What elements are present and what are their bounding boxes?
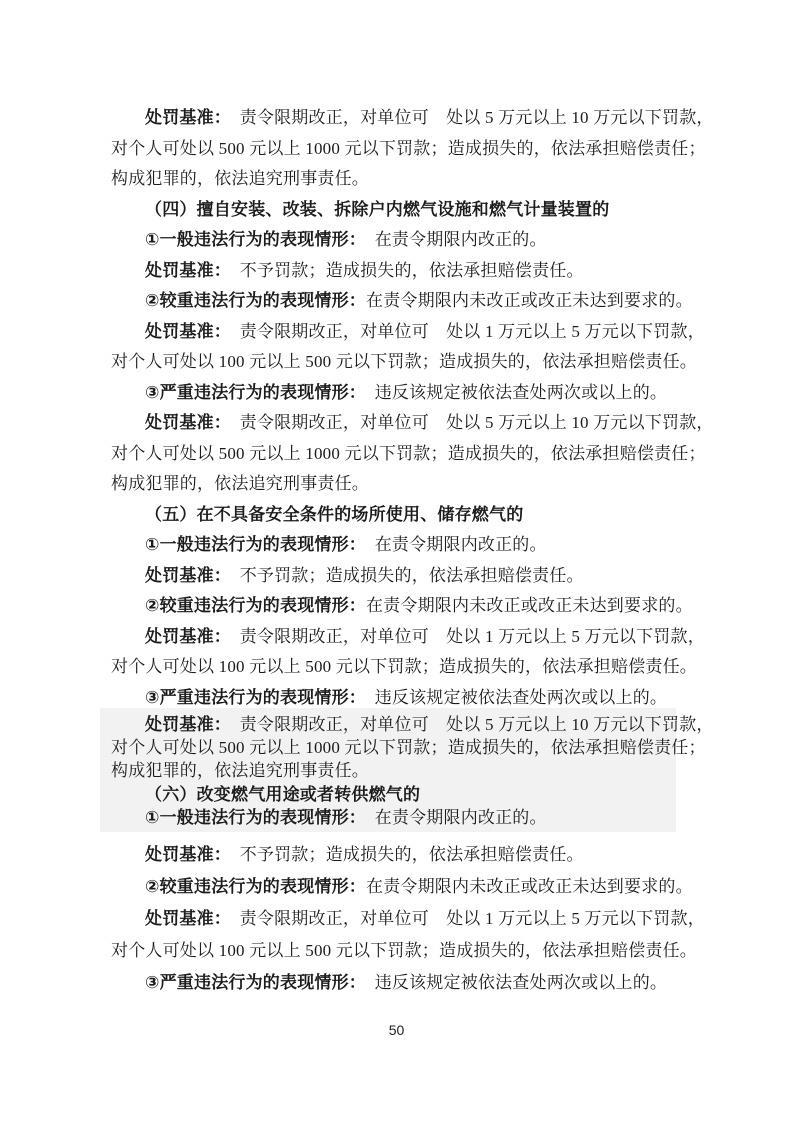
bold-label: 处罚基准： <box>145 322 223 341</box>
text-line: 处罚基准： 责令限期改正，对单位可 处以 1 万元以上 5 万元以下罚款， <box>111 622 703 653</box>
bold-label: 处罚基准： <box>145 261 223 280</box>
text-line: ③严重违法行为的表现情形： 违反该规定被依法查处两次或以上的。 <box>111 378 703 409</box>
bold-label: 处罚基准： <box>145 566 223 585</box>
text-line: ③严重违法行为的表现情形： 违反该规定被依法查处两次或以上的。 <box>111 683 703 714</box>
document-page: 处罚基准： 责令限期改正，对单位可 处以 5 万元以上 10 万元以下罚款，对个… <box>0 0 793 1122</box>
text-line: ②较重违法行为的表现情形：在责令期限内未改正或改正未达到要求的。 <box>111 286 703 317</box>
line-text: （五）在不具备安全条件的场所使用、储存燃气的 <box>145 505 523 524</box>
line-text: 责令限期改正，对单位可 处以 5 万元以上 10 万元以下罚款， <box>223 108 714 127</box>
line-text: 对个人可处以 500 元以上 1000 元以下罚款；造成损失的，依法承担赔偿责任… <box>111 444 706 463</box>
text-line: 对个人可处以 500 元以上 1000 元以下罚款；造成损失的，依法承担赔偿责任… <box>111 439 703 470</box>
bold-label: ②较重违法行为的表现情形： <box>145 291 366 310</box>
bold-label: 处罚基准： <box>145 909 223 928</box>
text-line: 构成犯罪的，依法追究刑事责任。 <box>111 164 703 195</box>
line-text: （四）擅自安装、改装、拆除户内燃气设施和燃气计量装置的 <box>145 200 609 219</box>
bold-label: 处罚基准： <box>145 108 223 127</box>
section-heading: （六）改变燃气用途或者转供燃气的 <box>111 783 703 806</box>
text-line: 构成犯罪的，依法追究刑事责任。 <box>111 469 703 500</box>
section-heading: （四）擅自安装、改装、拆除户内燃气设施和燃气计量装置的 <box>111 195 703 226</box>
line-text: 对个人可处以 100 元以上 500 元以下罚款；造成损失的，依法承担赔偿责任。 <box>111 657 697 676</box>
bold-label: ③严重违法行为的表现情形： <box>145 688 358 707</box>
text-line: 处罚基准： 不予罚款；造成损失的，依法承担赔偿责任。 <box>111 561 703 592</box>
bold-label: 处罚基准： <box>145 715 223 734</box>
line-text: 对个人可处以 100 元以上 500 元以下罚款；造成损失的，依法承担赔偿责任。 <box>111 941 697 960</box>
line-text: 在责令期限内未改正或改正未达到要求的。 <box>366 596 693 615</box>
line-text: 违反该规定被依法查处两次或以上的。 <box>358 383 668 402</box>
line-text: 责令限期改正，对单位可 处以 1 万元以上 5 万元以下罚款， <box>223 627 705 646</box>
text-line: ②较重违法行为的表现情形：在责令期限内未改正或改正未达到要求的。 <box>111 591 703 622</box>
text-line: 构成犯罪的，依法追究刑事责任。 <box>111 759 703 782</box>
line-text: 在责令期限内改正的。 <box>358 230 547 249</box>
line-text: 违反该规定被依法查处两次或以上的。 <box>358 688 668 707</box>
line-text: 责令限期改正，对单位可 处以 5 万元以上 10 万元以下罚款， <box>223 413 714 432</box>
text-line: 处罚基准： 责令限期改正，对单位可 处以 1 万元以上 5 万元以下罚款， <box>111 317 703 348</box>
text-line: 处罚基准： 责令限期改正，对单位可 处以 5 万元以上 10 万元以下罚款， <box>111 408 703 439</box>
line-text: 责令限期改正，对单位可 处以 1 万元以上 5 万元以下罚款， <box>223 909 705 928</box>
text-line: 处罚基准： 不予罚款；造成损失的，依法承担赔偿责任。 <box>111 839 703 871</box>
text-line: 处罚基准： 不予罚款；造成损失的，依法承担赔偿责任。 <box>111 256 703 287</box>
document-body: 处罚基准： 责令限期改正，对单位可 处以 5 万元以上 10 万元以下罚款，对个… <box>111 103 703 999</box>
text-line: 对个人可处以 100 元以上 500 元以下罚款；造成损失的，依法承担赔偿责任。 <box>111 347 703 378</box>
page-number: 50 <box>0 1022 793 1038</box>
bold-label: ①一般违法行为的表现情形： <box>145 535 358 554</box>
text-line: ②较重违法行为的表现情形：在责令期限内未改正或改正未达到要求的。 <box>111 871 703 903</box>
line-text: 在责令期限内改正的。 <box>358 808 547 827</box>
text-line: ③严重违法行为的表现情形： 违反该规定被依法查处两次或以上的。 <box>111 967 703 999</box>
line-text: 对个人可处以 500 元以上 1000 元以下罚款；造成损失的，依法承担赔偿责任… <box>111 139 706 158</box>
line-text: 违反该规定被依法查处两次或以上的。 <box>358 973 668 992</box>
bold-label: 处罚基准： <box>145 845 223 864</box>
text-line: 对个人可处以 100 元以上 500 元以下罚款；造成损失的，依法承担赔偿责任。 <box>111 652 703 683</box>
line-text: 构成犯罪的，依法追究刑事责任。 <box>111 169 369 188</box>
line-text: 不予罚款；造成损失的，依法承担赔偿责任。 <box>223 566 584 585</box>
bold-label: ②较重违法行为的表现情形： <box>145 596 366 615</box>
text-line: 处罚基准： 责令限期改正，对单位可 处以 1 万元以上 5 万元以下罚款， <box>111 903 703 935</box>
text-line: ①一般违法行为的表现情形： 在责令期限内改正的。 <box>111 806 703 829</box>
line-text: 在责令期限内改正的。 <box>358 535 547 554</box>
bold-label: ②较重违法行为的表现情形： <box>145 877 366 896</box>
line-text: 不予罚款；造成损失的，依法承担赔偿责任。 <box>223 261 584 280</box>
text-line: 对个人可处以 500 元以上 1000 元以下罚款；造成损失的，依法承担赔偿责任… <box>111 736 703 759</box>
line-text: 责令限期改正，对单位可 处以 1 万元以上 5 万元以下罚款， <box>223 322 705 341</box>
text-line: 对个人可处以 500 元以上 1000 元以下罚款；造成损失的，依法承担赔偿责任… <box>111 134 703 165</box>
line-text: 对个人可处以 100 元以上 500 元以下罚款；造成损失的，依法承担赔偿责任。 <box>111 352 697 371</box>
text-line: ①一般违法行为的表现情形： 在责令期限内改正的。 <box>111 530 703 561</box>
line-text: 责令限期改正，对单位可 处以 5 万元以上 10 万元以下罚款， <box>223 715 714 734</box>
line-text: 在责令期限内未改正或改正未达到要求的。 <box>366 877 693 896</box>
bold-label: 处罚基准： <box>145 413 223 432</box>
line-text: 在责令期限内未改正或改正未达到要求的。 <box>366 291 693 310</box>
line-text: 构成犯罪的，依法追究刑事责任。 <box>111 474 369 493</box>
line-text: 对个人可处以 500 元以上 1000 元以下罚款；造成损失的，依法承担赔偿责任… <box>111 738 706 757</box>
section-heading: （五）在不具备安全条件的场所使用、储存燃气的 <box>111 500 703 531</box>
line-text: 不予罚款；造成损失的，依法承担赔偿责任。 <box>223 845 584 864</box>
text-line: ①一般违法行为的表现情形： 在责令期限内改正的。 <box>111 225 703 256</box>
text-line: 处罚基准： 责令限期改正，对单位可 处以 5 万元以上 10 万元以下罚款， <box>111 103 703 134</box>
bold-label: ①一般违法行为的表现情形： <box>145 808 358 827</box>
text-line: 处罚基准： 责令限期改正，对单位可 处以 5 万元以上 10 万元以下罚款， <box>111 713 703 736</box>
bold-label: 处罚基准： <box>145 627 223 646</box>
text-line: 对个人可处以 100 元以上 500 元以下罚款；造成损失的，依法承担赔偿责任。 <box>111 935 703 967</box>
bold-label: ③严重违法行为的表现情形： <box>145 383 358 402</box>
line-text: （六）改变燃气用途或者转供燃气的 <box>145 785 420 804</box>
bold-label: ①一般违法行为的表现情形： <box>145 230 358 249</box>
line-text: 构成犯罪的，依法追究刑事责任。 <box>111 761 369 780</box>
bold-label: ③严重违法行为的表现情形： <box>145 973 358 992</box>
